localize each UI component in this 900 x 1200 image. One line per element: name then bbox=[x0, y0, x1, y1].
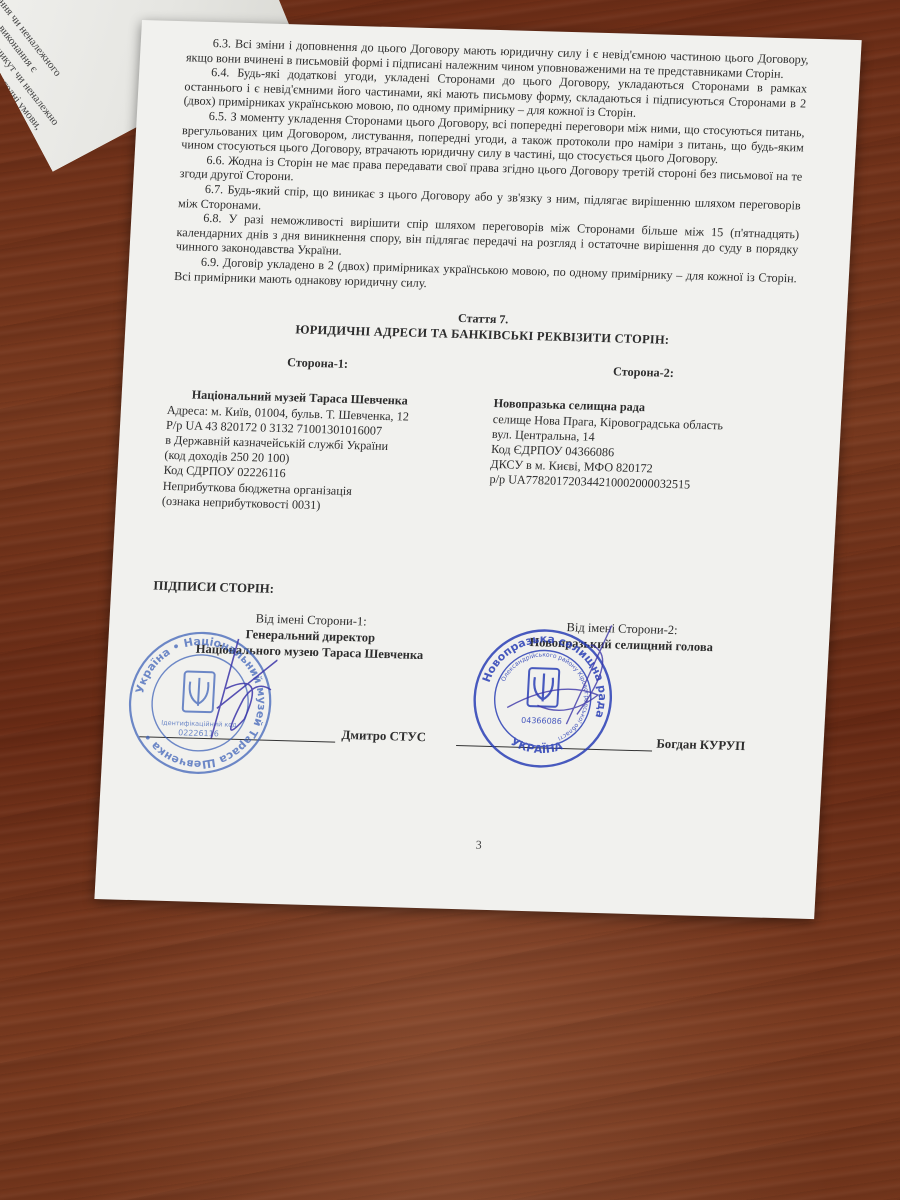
stamp-1-id-label: Ідентифікаційний код bbox=[161, 719, 237, 729]
signatures-heading: ПІДПИСИ СТОРІН: bbox=[153, 578, 780, 610]
clause-number: 6.7. bbox=[179, 181, 224, 196]
stamp-2-id-code: 04366086 bbox=[521, 716, 562, 726]
clause-number: 6.3. bbox=[186, 35, 231, 50]
party-2-details: Сторона-2: Новопразька селищна рада сели… bbox=[457, 360, 791, 526]
page-number: 3 bbox=[475, 838, 482, 853]
document-page: 6.3. Всі зміни і доповнення до цього Дог… bbox=[94, 20, 861, 919]
clause-number: 6.9. bbox=[175, 254, 220, 269]
stamp-2-bottom-text: УКРАЇНА bbox=[508, 735, 566, 757]
party-1-label: Сторона-1: bbox=[169, 352, 466, 375]
signer-name-1: Дмитро СТУС bbox=[341, 727, 426, 745]
clause-number: 6.4. bbox=[185, 64, 230, 79]
clauses-section: 6.3. Всі зміни і доповнення до цього Дог… bbox=[174, 35, 809, 300]
party-1-details: Сторона-1: Національний музей Тараса Шев… bbox=[162, 352, 466, 517]
signer-name-2: Богдан КУРУП bbox=[656, 736, 746, 754]
clause-number: 6.8. bbox=[177, 210, 222, 225]
clause-number: 6.5. bbox=[183, 108, 228, 123]
parties-details: Сторона-1: Національний музей Тараса Шев… bbox=[162, 352, 792, 526]
official-stamp-council: Новопразька селищна рада Олександрійсько… bbox=[464, 621, 622, 775]
party-1-requisites: Адреса: м. Київ, 01004, бульв. Т. Шевчен… bbox=[162, 402, 464, 517]
party-2-label: Сторона-2: bbox=[495, 361, 792, 384]
clause-number: 6.6. bbox=[180, 152, 225, 167]
party-2-requisites: селище Нова Прага, Кіровоградська област… bbox=[489, 411, 789, 495]
official-stamp-museum: Україна • Національний музей Тараса Шевч… bbox=[121, 626, 279, 780]
